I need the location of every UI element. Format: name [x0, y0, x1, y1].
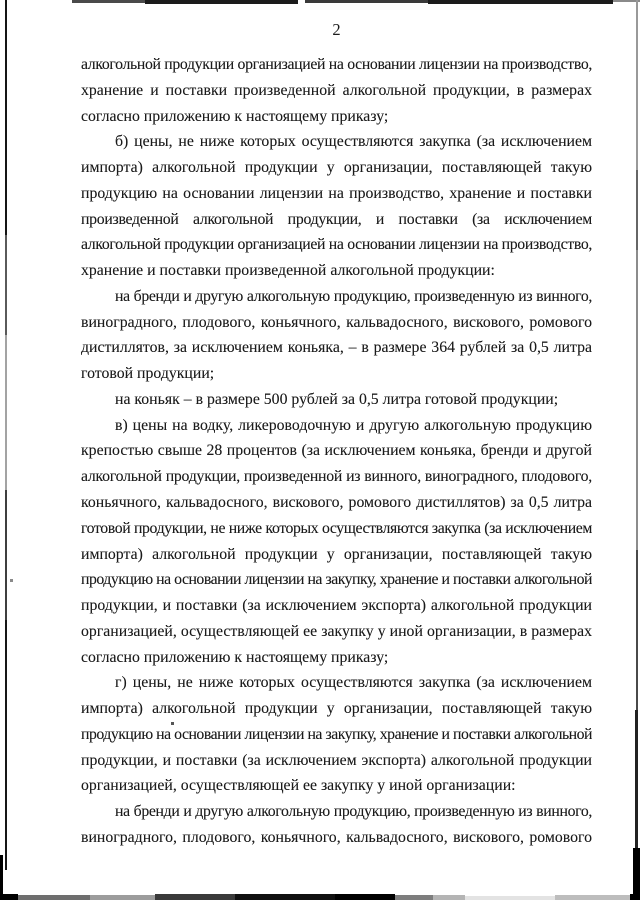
scan-edge-right-segment [635, 710, 638, 850]
scan-speck [10, 579, 13, 582]
document-body: алкогольной продукции организацией на ос… [81, 52, 592, 851]
text-line: виноградного, плодового, коньячного, кал… [81, 310, 592, 336]
text-line: продукцию на основании лицензии на произ… [81, 181, 592, 207]
scan-edge-top-segment [72, 0, 145, 3]
scan-edge-right-segment [636, 550, 638, 710]
paragraph: алкогольной продукции организацией на ос… [81, 52, 592, 129]
scan-edge-right-segment [636, 0, 638, 170]
text-line: коньячного, кальвадосного, вискового, ро… [81, 490, 592, 516]
paragraph: на бренди и другую алкогольную продукцию… [81, 799, 592, 851]
scanned-document-page: { "page": { "number": "2", "paper_color"… [0, 0, 640, 900]
scan-edge-bottom-segment [335, 894, 395, 900]
scan-edge-left-segment [5, 620, 7, 870]
text-line: в) цены на водку, ликероводочную и другу… [81, 413, 592, 439]
scan-edge-bottom-segment [90, 895, 155, 900]
scan-edge-bottom-segment [155, 894, 235, 900]
text-line: виноградного, плодового, коньячного, кал… [81, 825, 592, 851]
text-line: организацией, осуществляющей ее закупку … [81, 619, 592, 645]
paragraph: г) цены, не ниже которых осуществляются … [81, 670, 592, 799]
page-background: 2 алкогольной продукции организацией на … [0, 0, 640, 900]
text-line: крепостью свыше 28 процентов (за исключе… [81, 438, 592, 464]
text-line: импорта) алкогольной продукции у организ… [81, 155, 592, 181]
text-line: продукцию на основании лицензии на закуп… [81, 722, 592, 748]
text-line: согласно приложению к настоящему приказу… [81, 104, 592, 130]
text-line: готовой продукции, не ниже которых осуще… [81, 516, 592, 542]
text-line: импорта) алкогольной продукции у организ… [81, 696, 592, 722]
scan-edge-top-segment [428, 0, 613, 4]
scan-edge-bottom-segment [0, 894, 18, 900]
text-line: продукцию на основании лицензии на закуп… [81, 567, 592, 593]
scan-edge-left-segment [5, 0, 7, 235]
paragraph: на коньяк – в размере 500 рублей за 0,5 … [81, 387, 592, 413]
scan-edge-bottom-segment [630, 894, 640, 900]
scan-edge-bottom-segment [555, 895, 630, 900]
text-line: хранение и поставки произведенной алкого… [81, 258, 592, 284]
scan-speck [171, 722, 174, 725]
text-line: б) цены, не ниже которых осуществляются … [81, 129, 592, 155]
paragraph: б) цены, не ниже которых осуществляются … [81, 129, 592, 284]
paragraph: в) цены на водку, ликероводочную и другу… [81, 413, 592, 671]
text-line: алкогольной продукции организацией на ос… [81, 232, 592, 258]
scan-edge-bottom-segment [395, 895, 433, 900]
page-number: 2 [81, 20, 592, 40]
text-line: алкогольной продукции организацией на ос… [81, 52, 592, 78]
scan-edge-bottom-segment [465, 896, 555, 900]
scan-edge-top-segment [145, 0, 298, 4]
scan-edge-right-corner [633, 848, 640, 900]
text-line: продукции, и поставки (за исключением эк… [81, 593, 592, 619]
scan-edge-bottom-segment [235, 894, 335, 900]
text-line: импорта) алкогольной продукции у организ… [81, 542, 592, 568]
text-line: алкогольной продукции, произведенной из … [81, 464, 592, 490]
text-line: согласно приложению к настоящему приказу… [81, 645, 592, 671]
scan-edge-right-segment [636, 170, 638, 250]
text-line: произведенной алкогольной продукции, и п… [81, 207, 592, 233]
text-line: готовой продукции; [81, 361, 592, 387]
text-line: на коньяк – в размере 500 рублей за 0,5 … [81, 387, 592, 413]
scan-edge-top-segment [305, 0, 430, 3]
scan-edge-right-segment [636, 250, 638, 550]
scan-edge-left-segment [5, 335, 7, 490]
text-line: дистиллятов, за исключением коньяка, – в… [81, 335, 592, 361]
scan-edge-left-segment [5, 490, 7, 620]
text-line: организацией, осуществляющей ее закупку … [81, 773, 592, 799]
text-line: г) цены, не ниже которых осуществляются … [81, 670, 592, 696]
text-line: на бренди и другую алкогольную продукцию… [81, 284, 592, 310]
text-line: продукции, и поставки (за исключением эк… [81, 748, 592, 774]
scan-edge-left-segment [5, 235, 7, 335]
scan-edge-bottom-segment [433, 895, 465, 900]
text-line: хранение и поставки произведенной алкого… [81, 78, 592, 104]
text-line: на бренди и другую алкогольную продукцию… [81, 799, 592, 825]
paragraph: на бренди и другую алкогольную продукцию… [81, 284, 592, 387]
scan-edge-bottom-segment [18, 895, 90, 900]
